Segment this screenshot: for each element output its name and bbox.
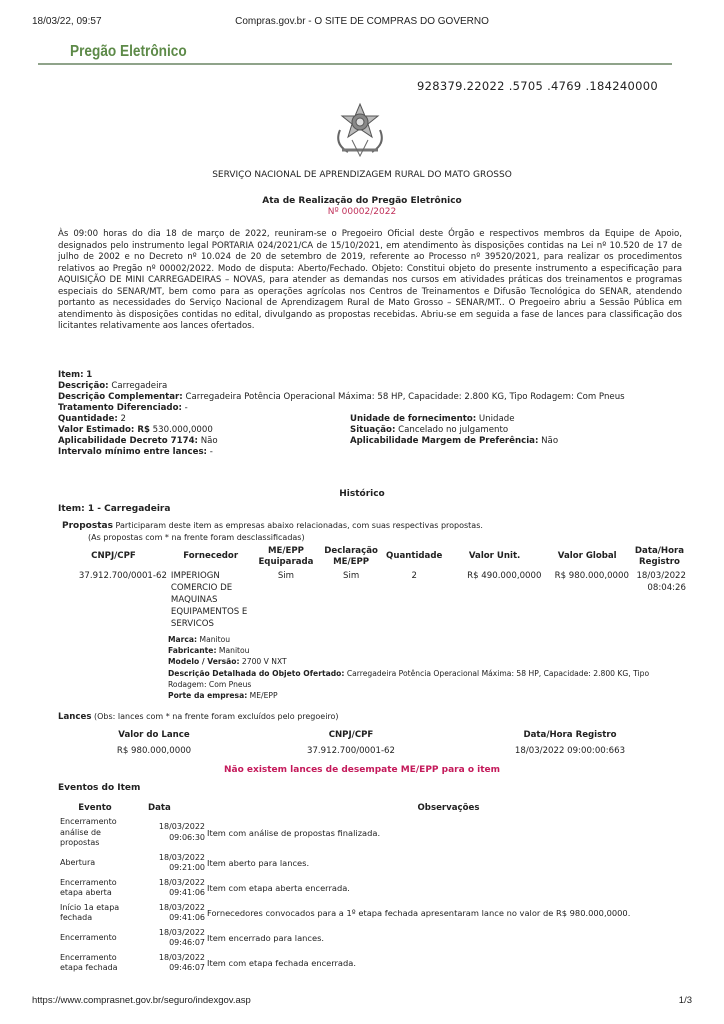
proposals-intro: Propostas Participaram deste item as emp… (62, 520, 483, 543)
table-row: Abertura18/03/202209:21:00Item aberto pa… (58, 851, 690, 876)
proposals-table: CNPJ/CPF Fornecedor ME/EPP Equiparada De… (58, 546, 688, 630)
company-size: Porte da empresa: ME/EPP (168, 690, 688, 701)
history-item-heading: Item: 1 - Carregadeira (58, 504, 170, 514)
events-table: Evento Data Observações Encerramento aná… (58, 800, 690, 976)
print-site-title: Compras.gov.br - O SITE DE COMPRAS DO GO… (32, 16, 692, 27)
org-name: SERVIÇO NACIONAL DE APRENDIZAGEM RURAL D… (0, 170, 724, 180)
table-row: Encerramento etapa aberta18/03/202209:41… (58, 876, 690, 901)
bids-table: Valor do Lance CNPJ/CPF Data/Hora Regist… (58, 727, 688, 759)
ata-title: Ata de Realização do Pregão Eletrônico (0, 196, 724, 206)
item-decree-applicability: Aplicabilidade Decreto 7174: Não (58, 436, 350, 447)
no-tiebreak-notice: Não existem lances de desempate ME/EPP p… (0, 765, 724, 775)
item-status: Situação: Cancelado no julgamento (350, 425, 682, 436)
table-row: R$ 980.000,0000 37.912.700/0001-62 18/03… (58, 743, 688, 759)
history-title: Histórico (0, 489, 724, 499)
table-row: Início 1a etapa fechada18/03/202209:41:0… (58, 901, 690, 926)
intro-paragraph: Às 09:00 horas do dia 18 de março de 202… (58, 229, 682, 333)
table-row: Encerramento análise de propostas18/03/2… (58, 815, 690, 851)
detailed-description: Descrição Detalhada do Objeto Ofertado: … (168, 668, 688, 690)
item-estimated-value: Valor Estimado: R$ 530.000,0000 (58, 425, 350, 436)
item-complementary-description: Descrição Complementar: Carregadeira Pot… (58, 392, 682, 403)
brand: Marca: Manitou (168, 634, 688, 645)
item-info: Item: 1 Descrição: Carregadeira Descriçã… (58, 370, 682, 458)
proposal-details: Marca: Manitou Fabricante: Manitou Model… (168, 634, 688, 701)
ata-number: Nº 00002/2022 (0, 207, 724, 217)
bids-intro: Lances (Obs: lances com * na frente fora… (58, 712, 339, 722)
item-description: Descrição: Carregadeira (58, 381, 682, 392)
model-version: Modelo / Versão: 2700 V NXT (168, 656, 688, 667)
page-title: Pregão Eletrônico (70, 43, 187, 61)
table-row: 37.912.700/0001-62 IMPERIOGN COMERCIO DE… (58, 567, 688, 630)
page-banner: Pregão Eletrônico (38, 41, 672, 65)
item-treatment: Tratamento Diferenciado: - (58, 403, 682, 414)
table-row: Encerramento18/03/202209:46:07Item encer… (58, 926, 690, 951)
print-url: https://www.comprasnet.gov.br/seguro/ind… (32, 995, 251, 1006)
item-quantity: Quantidade: 2 (58, 414, 350, 425)
item-number: Item: 1 (58, 370, 682, 381)
events-title: Eventos do Item (58, 783, 140, 793)
item-min-interval: Intervalo mínimo entre lances: - (58, 447, 350, 458)
item-supply-unit: Unidade de fornecimento: Unidade (350, 414, 682, 425)
manufacturer: Fabricante: Manitou (168, 645, 688, 656)
page-number: 1/3 (679, 995, 692, 1006)
document-code: 928379.22022 .5705 .4769 .184240000 (417, 79, 658, 93)
item-preference-margin: Aplicabilidade Margem de Preferência: Nã… (350, 436, 682, 447)
table-row: Encerramento etapa fechada18/03/202209:4… (58, 951, 690, 976)
brazil-coat-of-arms-icon (312, 100, 408, 160)
